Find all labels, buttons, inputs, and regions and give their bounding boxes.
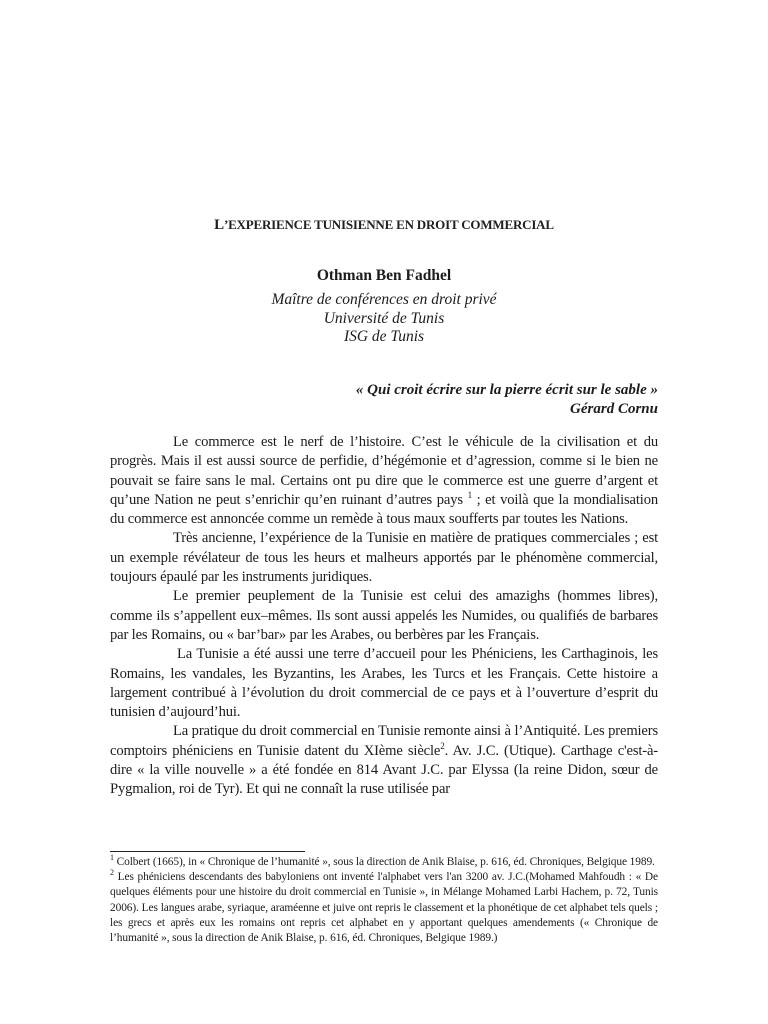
paragraph: Le commerce est le nerf de l’histoire. C…: [110, 433, 658, 529]
affiliation-university: Université de Tunis: [0, 310, 768, 329]
document-page: L’EXPERIENCE TUNISIENNE EN DROIT COMMERC…: [0, 0, 768, 1024]
epigraph: « Qui croit écrire sur la pierre écrit s…: [356, 381, 658, 418]
title-text: ’EXPERIENCE TUNISIENNE EN DROIT COMMERCI…: [224, 217, 554, 232]
document-title: L’EXPERIENCE TUNISIENNE EN DROIT COMMERC…: [0, 217, 768, 234]
paragraph: Le premier peuplement de la Tunisie est …: [110, 587, 658, 645]
paragraph: La pratique du droit commercial en Tunis…: [110, 722, 658, 799]
paragraph: La Tunisie a été aussi une terre d’accue…: [110, 645, 658, 722]
footnote-text: Les phéniciens descendants des babylonie…: [110, 871, 658, 944]
footnote-text: Colbert (1665), in « Chronique de l’huma…: [114, 856, 655, 868]
author-name: Othman Ben Fadhel: [0, 267, 768, 285]
footnote-separator: [110, 851, 305, 852]
body-text: Le commerce est le nerf de l’histoire. C…: [110, 433, 658, 800]
footnote-1: 1 Colbert (1665), in « Chronique de l’hu…: [110, 855, 658, 870]
affiliation-position: Maître de conférences en droit privé: [0, 291, 768, 310]
affiliation-institute: ISG de Tunis: [0, 328, 768, 347]
footnotes: 1 Colbert (1665), in « Chronique de l’hu…: [110, 855, 658, 946]
footnote-2: 2 Les phéniciens descendants des babylon…: [110, 870, 658, 946]
author-affiliations: Maître de conférences en droit privé Uni…: [0, 291, 768, 347]
epigraph-attribution: Gérard Cornu: [356, 400, 658, 419]
title-initial: L: [214, 217, 224, 233]
epigraph-quote: « Qui croit écrire sur la pierre écrit s…: [356, 381, 658, 400]
paragraph: Très ancienne, l’expérience de la Tunisi…: [110, 529, 658, 587]
